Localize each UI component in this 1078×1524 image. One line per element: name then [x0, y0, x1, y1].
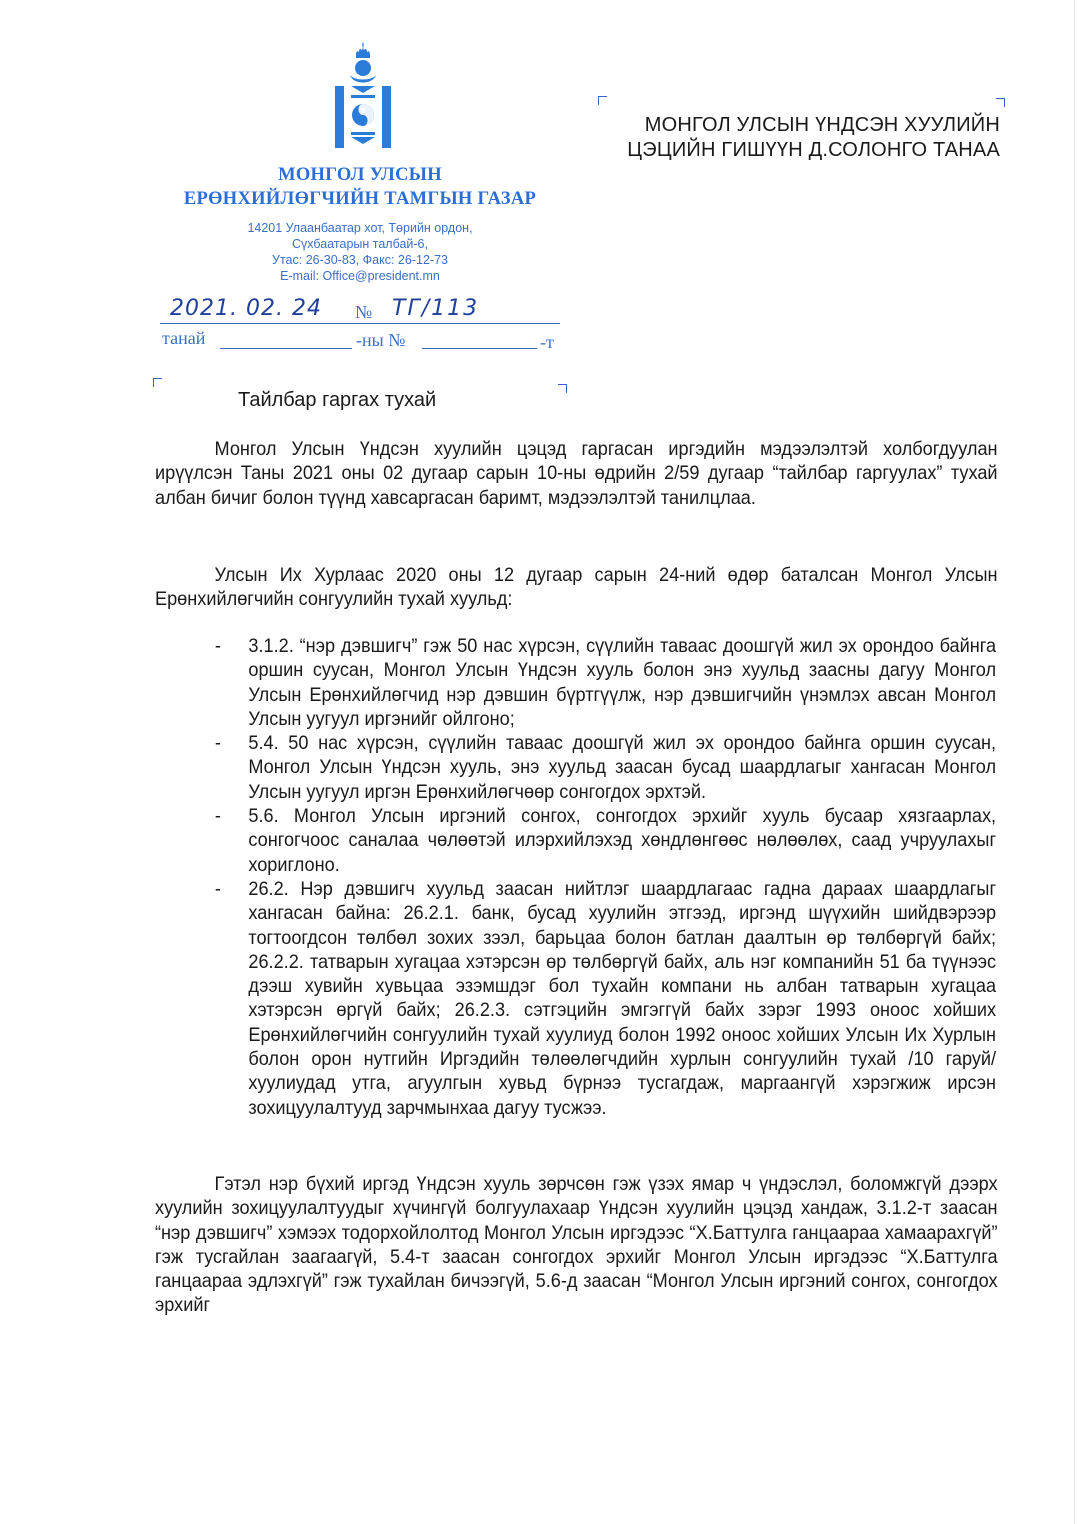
phone-fax-line: Утас: 26-30-83, Факс: 26-12-73: [150, 252, 570, 268]
list-bullet: -: [215, 634, 221, 658]
number-sign-label: №: [355, 302, 372, 323]
organization-name: МОНГОЛ УЛСЫН ЕРӨНХИЙЛӨГЧИЙН ТАМГЫН ГАЗАР: [150, 163, 570, 211]
corner-mark-top-right: [996, 98, 1005, 107]
outgoing-reference: 2021. 02. 24 № ТГ/113: [160, 296, 560, 326]
list-bullet: -: [215, 877, 221, 901]
body-paragraph: Улсын Их Хурлаас 2020 оны 12 дугаар сары…: [155, 563, 998, 612]
list-item-text: 3.1.2. “нэр дэвшигч” гэж 50 нас хүрсэн, …: [248, 635, 996, 730]
blank-number-line: [422, 348, 537, 349]
recipient-address: МОНГОЛ УЛСЫН ҮНДСЭН ХУУЛИЙН ЦЭЦИЙН ГИШҮҮ…: [600, 113, 1000, 163]
soyombo-emblem-icon: [330, 40, 396, 152]
list-item-text: 26.2. Нэр дэвшигч хуульд заасан нийтлэг …: [248, 878, 996, 1119]
organization-address: 14201 Улаанбаатар хот, Төрийн ордон, Сүх…: [150, 220, 570, 284]
incoming-reference: танай -ны № -т: [160, 326, 560, 354]
recipient-line1: МОНГОЛ УЛСЫН ҮНДСЭН ХУУЛИЙН: [600, 113, 1000, 138]
law-provisions-list: - 3.1.2. “нэр дэвшигч” гэж 50 нас хүрсэн…: [200, 634, 996, 1120]
body-paragraph: Монгол Улсын Үндсэн хуулийн цэцэд гаргас…: [155, 437, 998, 510]
suffix-label: -т: [540, 332, 554, 353]
body-paragraph: Гэтэл нэр бүхий иргэд Үндсэн хууль зөрчс…: [155, 1172, 998, 1318]
list-item: - 26.2. Нэр дэвшигч хуульд заасан нийтлэ…: [200, 877, 996, 1120]
email-line: E-mail: Office@president.mn: [150, 268, 570, 284]
letter-subject: Тайлбар гаргах тухай: [238, 389, 436, 412]
reference-underline: [160, 323, 560, 324]
list-bullet: -: [215, 804, 221, 828]
letter-date: 2021. 02. 24: [170, 296, 322, 321]
list-item: - 3.1.2. “нэр дэвшигч” гэж 50 нас хүрсэн…: [200, 634, 996, 731]
your-label: танай: [162, 328, 205, 349]
page-edge: [1074, 0, 1075, 1524]
organization-name-line1: МОНГОЛ УЛСЫН: [150, 163, 570, 187]
letter-page: МОНГОЛ УЛСЫН ЕРӨНХИЙЛӨГЧИЙН ТАМГЫН ГАЗАР…: [0, 0, 1078, 1524]
list-item: - 5.6. Монгол Улсын иргэний сонгох, сонг…: [200, 804, 996, 877]
list-item-text: 5.4. 50 нас хүрсэн, сүүлийн таваас доошг…: [248, 732, 996, 803]
list-bullet: -: [215, 731, 221, 755]
list-item: - 5.4. 50 нас хүрсэн, сүүлийн таваас доо…: [200, 731, 996, 804]
recipient-line2: ЦЭЦИЙН ГИШҮҮН Д.СОЛОНГО ТАНАА: [600, 138, 1000, 163]
address-line: Сүхбаатарын талбай-6,: [150, 236, 570, 252]
your-number-label: -ны №: [356, 330, 405, 351]
corner-mark-top-right: [558, 384, 567, 393]
address-line: 14201 Улаанбаатар хот, Төрийн ордон,: [150, 220, 570, 236]
list-item-text: 5.6. Монгол Улсын иргэний сонгох, сонгог…: [248, 805, 996, 876]
blank-date-line: [220, 348, 352, 349]
corner-mark-top-left: [153, 378, 162, 387]
corner-mark-top-left: [598, 96, 607, 105]
organization-name-line2: ЕРӨНХИЙЛӨГЧИЙН ТАМГЫН ГАЗАР: [150, 187, 570, 211]
letter-number: ТГ/113: [392, 296, 479, 321]
